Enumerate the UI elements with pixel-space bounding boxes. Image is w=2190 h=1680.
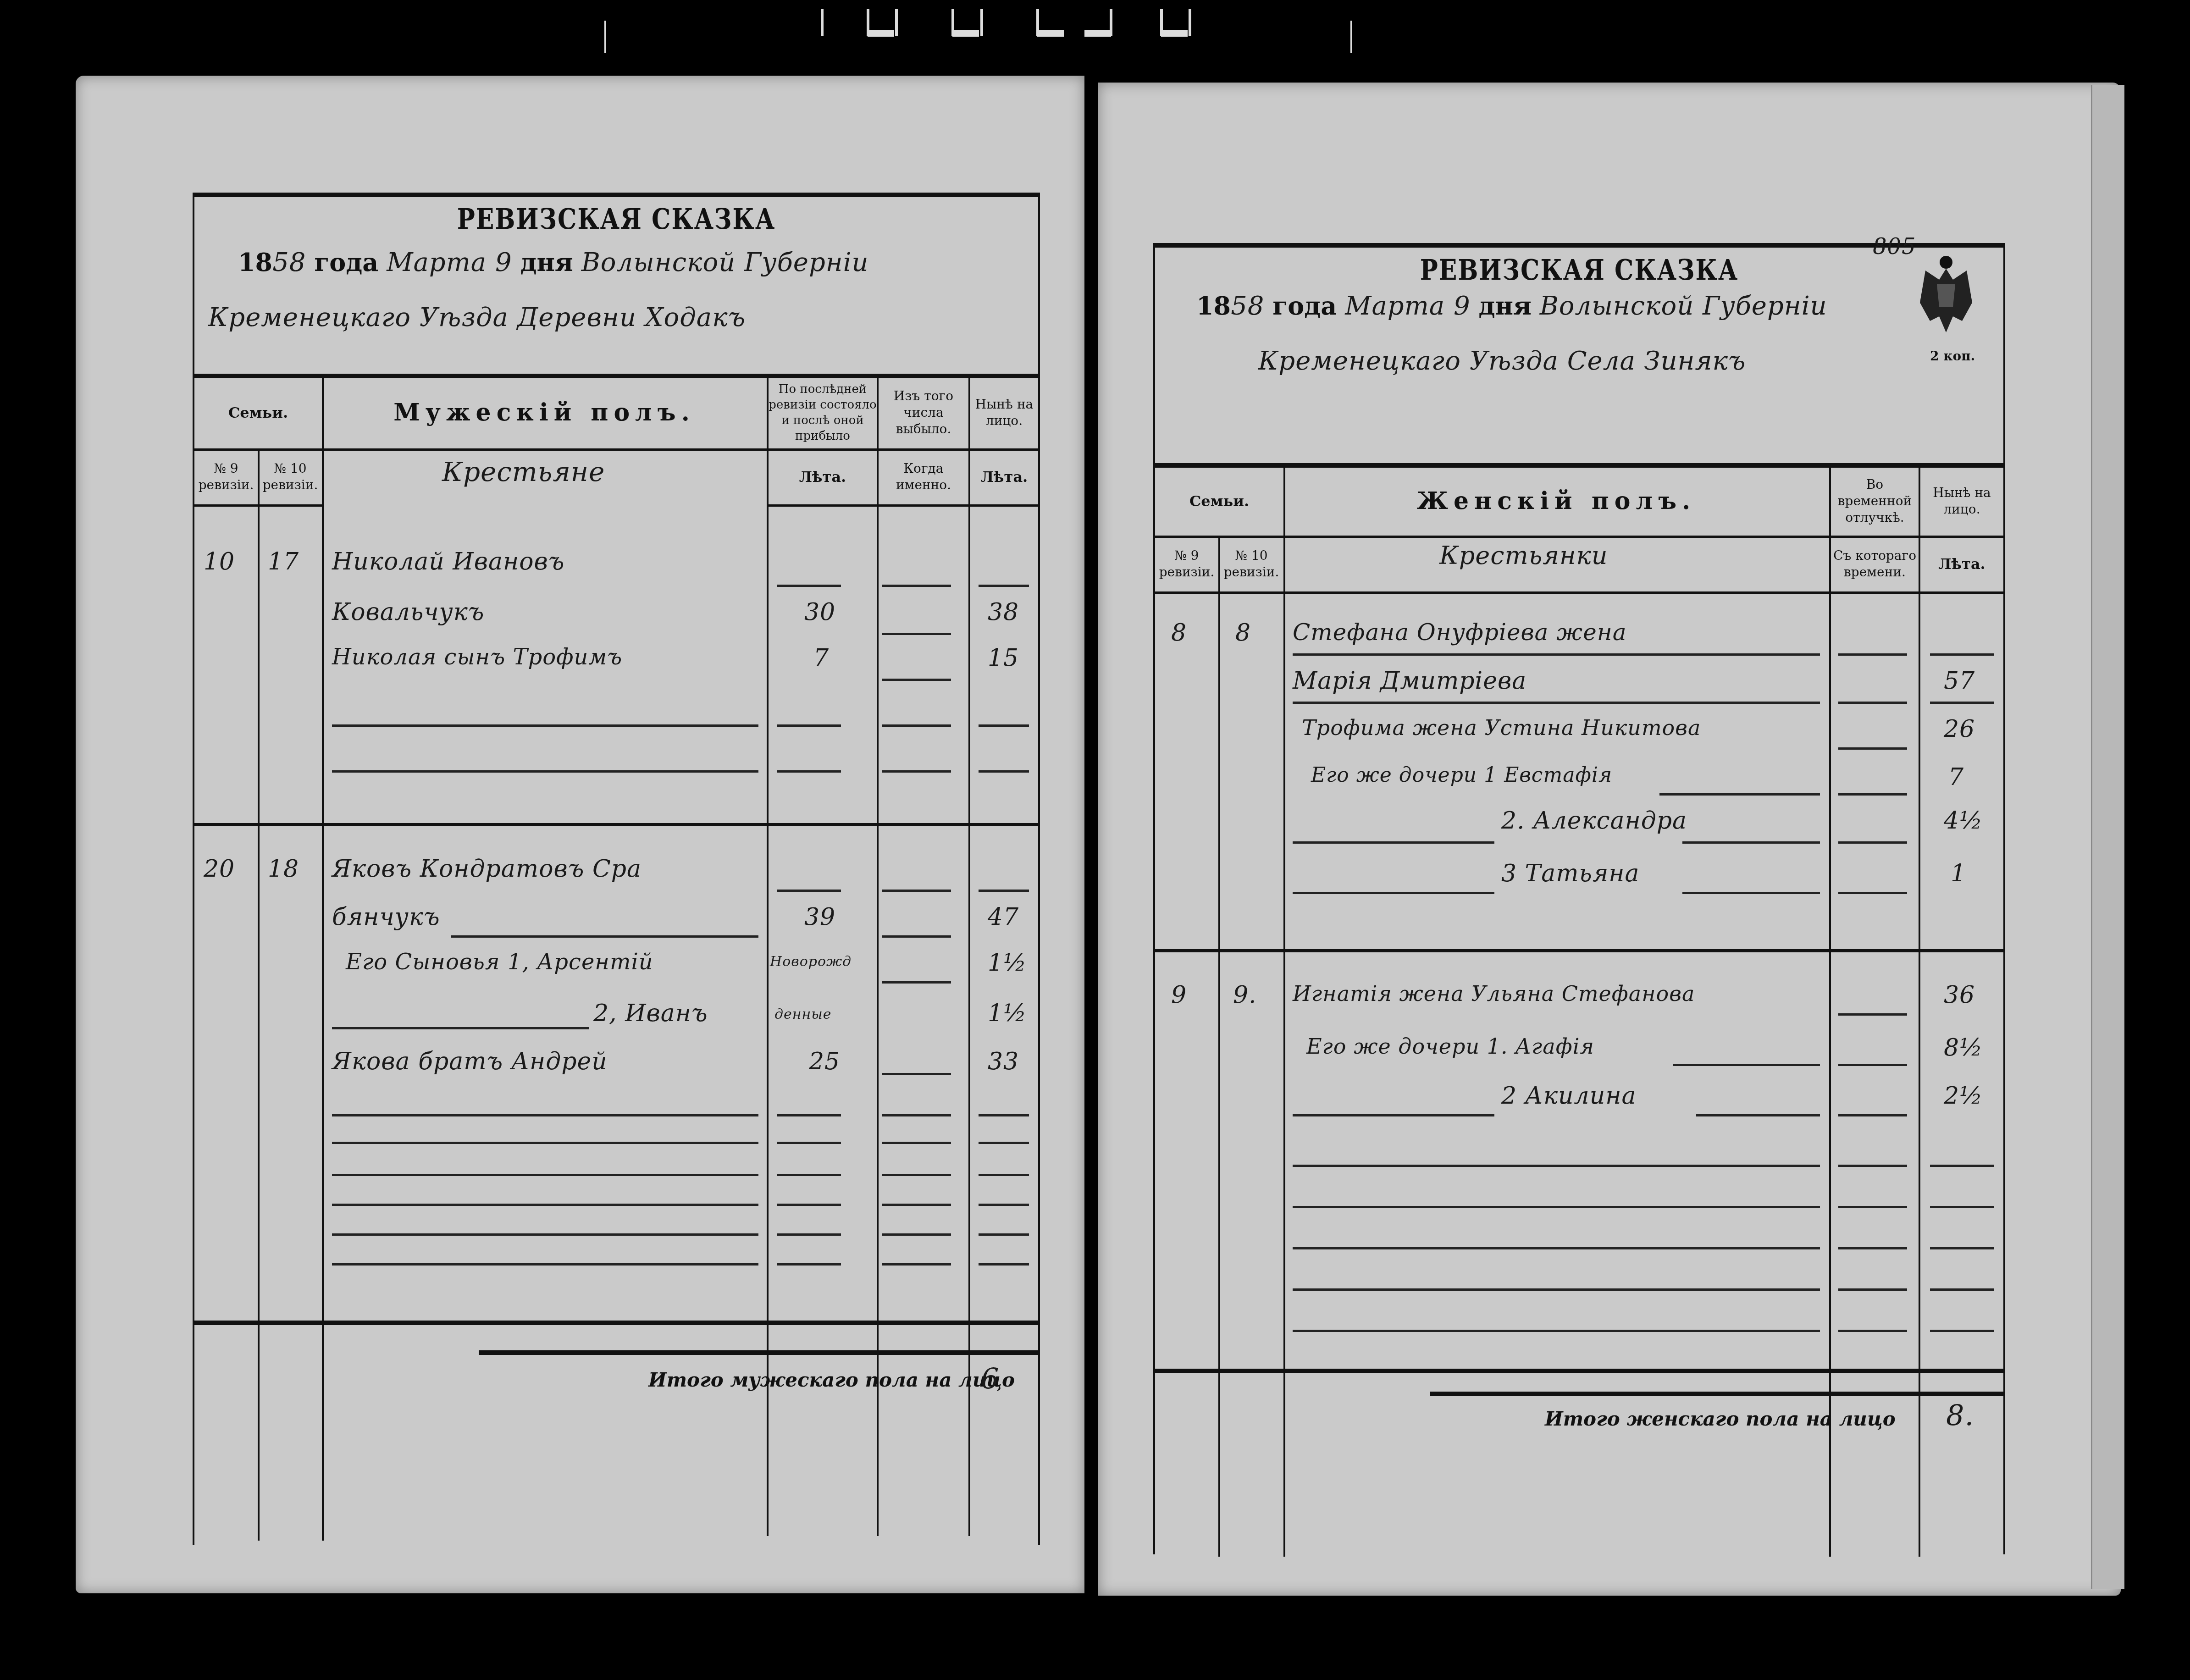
col-sex: Женскій полъ.: [1283, 468, 1829, 534]
location-line: Кременецкаго Уѣзда Деревни Ходакъ: [208, 303, 746, 332]
col-rev9: № 9 ревизіи.: [194, 452, 258, 502]
right-page: РЕВИЗСКАЯ СКАЗКА 1858 года Марта 9 дня В…: [1098, 83, 2121, 1596]
total-value: 6: [981, 1362, 999, 1395]
female-census-form: РЕВИЗСКАЯ СКАЗКА 1858 года Марта 9 дня В…: [1153, 243, 2005, 1554]
col-rev10: № 10 ревизіи.: [259, 452, 322, 502]
form-title: РЕВИЗСКАЯ СКАЗКА: [194, 203, 1038, 236]
male-census-form: РЕВИЗСКАЯ СКАЗКА 1858 года Марта 9 дня В…: [193, 193, 1040, 1545]
edge-tick-left: [604, 21, 606, 53]
archive-mark: [812, 0, 1252, 41]
estate-label: Крестьянки: [1439, 541, 1608, 570]
bottom-rule: [194, 1321, 1038, 1325]
stamp-cost: 2 коп.: [1930, 348, 1975, 364]
left-page: РЕВИЗСКАЯ СКАЗКА 1858 года Марта 9 дня В…: [76, 76, 1084, 1593]
estate-label: Крестьяне: [442, 456, 605, 487]
col-present: Нынѣ на лицо.: [1920, 468, 2003, 534]
date-line: 1858 года Марта 9 дня Волынской Губерніи: [238, 248, 869, 277]
top-rule: [194, 193, 1038, 197]
folio-number: 805: [1873, 234, 1916, 260]
double-headed-eagle-stamp-icon: [1912, 252, 1980, 339]
col-rev10: № 10 ревизіи.: [1219, 539, 1283, 589]
col-present: Нынѣ на лицо.: [970, 378, 1038, 447]
page-stack-edge: [2091, 85, 2124, 1589]
header-rule: [194, 374, 1038, 378]
edge-tick-right: [1350, 21, 1352, 53]
col-families: Семьи.: [194, 378, 322, 447]
col-when: Когда именно.: [879, 452, 968, 502]
family-divider: [194, 823, 1038, 826]
col-rev9: № 9 ревизіи.: [1155, 539, 1218, 589]
col-since: Съ котораго времени.: [1831, 539, 1919, 589]
col-years: Лѣта.: [1920, 539, 2003, 589]
col-years-present: Лѣта.: [970, 452, 1038, 502]
col-years-last: Лѣта.: [769, 452, 877, 502]
col-absence: Во временной отлучкѣ.: [1831, 468, 1919, 534]
bottom-rule: [1155, 1369, 2003, 1373]
col-families: Семьи.: [1155, 468, 1283, 534]
family-divider: [1155, 949, 2003, 952]
col-departed: Изъ того числа выбыло.: [879, 378, 968, 447]
location-line: Кременецкаго Уѣзда Села Зинякъ: [1258, 346, 1746, 376]
col-last-revision: По послѣдней ревизіи состояло и послѣ он…: [769, 378, 877, 447]
col-sex: Мужескій полъ.: [322, 378, 767, 447]
total-value: 8.: [1946, 1398, 1974, 1432]
total-label: Итого мужескаго пола на лицо: [648, 1369, 1015, 1391]
date-line: 1858 года Марта 9 дня Волынской Губерніи: [1196, 291, 1827, 321]
total-label: Итого женскаго пола на лицо: [1545, 1408, 1896, 1430]
